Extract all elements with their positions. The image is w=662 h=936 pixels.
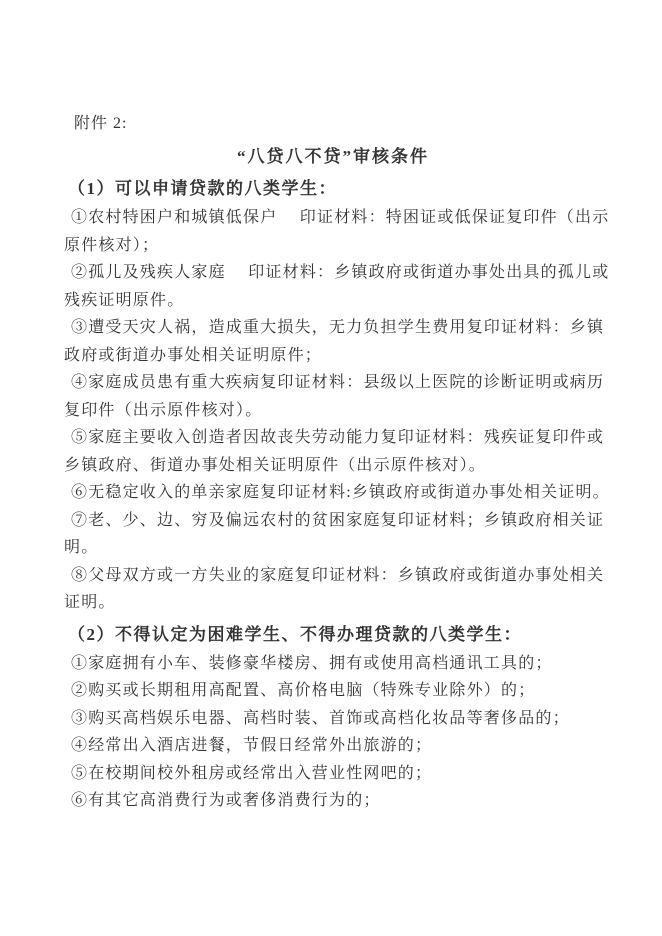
section1-item4-line1: ④家庭成员患有重大疾病复印证材料：县级以上医院的诊断证明或病历 — [64, 369, 602, 397]
section2-item6: ⑥有其它高消费行为或奢侈消费行为的； — [64, 787, 602, 815]
section1-item1-line2: 原件核对）； — [64, 232, 602, 260]
section1-item1-line1: ①农村特困户和城镇低保户 印证材料：特困证或低保证复印件（出示 — [64, 204, 602, 232]
section1-item8-line1: ⑧父母双方或一方失业的家庭复印证材料：乡镇政府或街道办事处相关 — [64, 562, 602, 590]
document-page: 附件 2: “八贷八不贷”审核条件 （1）可以申请贷款的八类学生： ①农村特困户… — [0, 0, 662, 936]
section1-item7-line1: ⑦老、少、边、穷及偏远农村的贫困家庭复印证材料；乡镇政府相关证 — [64, 507, 602, 535]
attachment-label: 附件 2: — [64, 112, 602, 142]
section1-item2-line1: ②孤儿及残疾人家庭 印证材料：乡镇政府或街道办事处出具的孤儿或 — [64, 259, 602, 287]
section2-item1: ①家庭拥有小车、装修豪华楼房、拥有或使用高档通讯工具的； — [64, 650, 602, 678]
section1-item3-line1: ③遭受天灾人祸，造成重大损失，无力负担学生费用复印证材料：乡镇 — [64, 314, 602, 342]
section2-item3: ③购买高档娱乐电器、高档时装、首饰或高档化妆品等奢侈品的； — [64, 705, 602, 733]
section1-item3-line2: 政府或街道办事处相关证明原件； — [64, 342, 602, 370]
section2-item4: ④经常出入酒店进餐，节假日经常外出旅游的； — [64, 732, 602, 760]
document-content: 附件 2: “八贷八不贷”审核条件 （1）可以申请贷款的八类学生： ①农村特困户… — [64, 112, 602, 815]
section1-item4-line2: 复印件（出示原件核对）。 — [64, 397, 602, 425]
section2-item5: ⑤在校期间校外租房或经常出入营业性网吧的； — [64, 760, 602, 788]
section2-heading: （2）不得认定为困难学生、不得办理贷款的八类学生： — [64, 620, 602, 650]
section1-item5-line2: 乡镇政府、街道办事处相关证明原件（出示原件核对）。 — [64, 452, 602, 480]
section1-item5-line1: ⑤家庭主要收入创造者因故丧失劳动能力复印证材料：残疾证复印件或 — [64, 424, 602, 452]
section1-item8-line2: 证明。 — [64, 589, 602, 617]
section2-item2: ②购买或长期租用高配置、高价格电脑（特殊专业除外）的； — [64, 677, 602, 705]
section1-item7-line2: 明。 — [64, 534, 602, 562]
section1-heading: （1）可以申请贷款的八类学生： — [64, 174, 602, 204]
section1-item2-line2: 残疾证明原件。 — [64, 287, 602, 315]
section1-item6-line1: ⑥无稳定收入的单亲家庭复印证材料:乡镇政府或街道办事处相关证明。 — [64, 479, 602, 507]
document-title: “八贷八不贷”审核条件 — [64, 142, 602, 174]
